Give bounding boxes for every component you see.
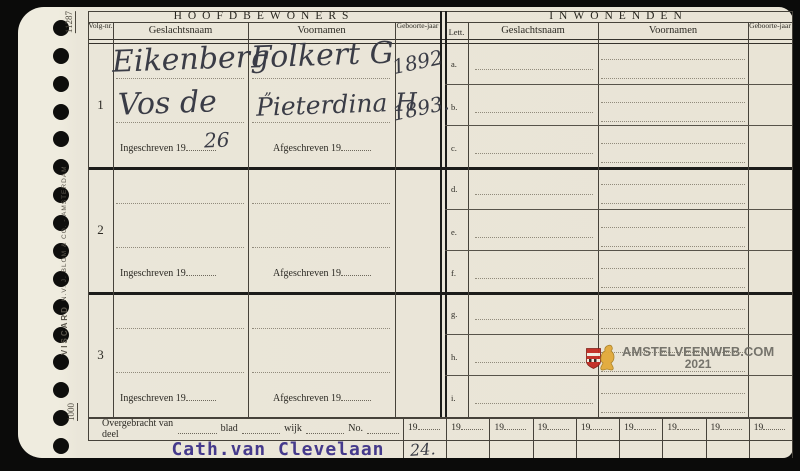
writing-line (601, 227, 745, 228)
section-title-hoofdbewoners: HOOFDBEWONERS (88, 10, 440, 22)
inwonenden-row-b: b. (445, 84, 792, 127)
street-name-stamp: Cath.van Clevelaan (156, 439, 400, 460)
writing-line (475, 278, 593, 279)
writing-line (601, 287, 745, 288)
handwritten-surname-1: Eikenberg (111, 39, 269, 79)
punch-hole (53, 104, 69, 120)
dotted-blank (461, 422, 483, 430)
table-right-border (792, 11, 793, 458)
writing-line (116, 247, 244, 248)
writing-line (252, 122, 390, 123)
year-cell: 19 (403, 417, 446, 440)
inwonenden-row-c: c. (445, 125, 792, 168)
blad-label: blad (221, 423, 238, 434)
letter-label: i. (451, 393, 456, 403)
punch-hole (53, 48, 69, 64)
writing-line (601, 393, 745, 394)
writing-line (475, 153, 593, 154)
no-label: No. (348, 423, 363, 434)
writing-line (601, 59, 745, 60)
letter-label: b. (451, 102, 457, 112)
registration-card: 11287 VISCARD N.V. J. BLOM & CO. - AMSTE… (18, 7, 793, 458)
col-header-geboortejaar-2: Geboorte-jaar (748, 22, 792, 30)
printer-address: N.V. J. BLOM & CO. - AMSTERDAM (61, 165, 68, 301)
letter-label: c. (451, 143, 457, 153)
handwritten-house-number: 24. (409, 439, 436, 460)
dotted-blank (186, 391, 216, 401)
punch-hole (53, 354, 69, 370)
col-header-geslachtsnaam-2: Geslachtsnaam (468, 25, 598, 36)
writing-line (601, 246, 745, 247)
punch-hole (53, 382, 69, 398)
year-cell: 19 (446, 417, 489, 440)
year-cell: 19 (619, 417, 662, 440)
dotted-blank (720, 422, 742, 430)
inwonenden-row-g: g. (445, 292, 792, 334)
year-cell: 19 (706, 417, 749, 440)
punch-hole (53, 76, 69, 92)
writing-line (116, 203, 244, 204)
dotted-blank (306, 424, 344, 434)
dotted-blank (418, 422, 440, 430)
handwritten-surname-2: Vos de (117, 84, 217, 122)
writing-line (601, 203, 745, 204)
writing-line (252, 247, 390, 248)
writing-line (252, 372, 390, 373)
writing-line (475, 237, 593, 238)
col-header-lett: Lett. (445, 27, 468, 37)
lion-icon (598, 344, 618, 372)
watermark: AMSTELVEENWEB.COM 2021 (586, 344, 774, 372)
writing-line (475, 403, 593, 404)
street-row-cell (533, 440, 576, 458)
dotted-blank (341, 391, 371, 401)
letter-label: d. (451, 184, 457, 194)
writing-line (475, 194, 593, 195)
writing-line (116, 328, 244, 329)
dotted-blank (341, 266, 371, 276)
street-row-cell (619, 440, 662, 458)
ingeschreven-label: Ingeschreven 19 (120, 391, 216, 404)
writing-line (475, 319, 593, 320)
afgeschreven-label: Afgeschreven 19 (273, 141, 371, 154)
dotted-blank (504, 422, 526, 430)
section-title-inwonenden: INWONENDEN (445, 10, 792, 22)
punch-hole (53, 131, 69, 147)
printer-imprint: VISCARD N.V. J. BLOM & CO. - AMSTERDAM (56, 165, 74, 355)
watermark-year: 2021 (622, 358, 774, 371)
writing-line (601, 121, 745, 122)
writing-line (601, 268, 745, 269)
inwonenden-row-i: i. (445, 375, 792, 418)
col-header-geboortejaar: Geboorte-jaar (395, 22, 440, 30)
dotted-blank (590, 422, 612, 430)
inwonenden-row-f: f. (445, 250, 792, 293)
title-underline-right (445, 22, 792, 23)
handwritten-birthyear-1: 1892 (390, 45, 445, 79)
col-header-volgnr: Volg-nr. (88, 22, 113, 30)
year-cell: 19 (576, 417, 619, 440)
dotted-blank (186, 266, 216, 276)
year-cell: 19 (749, 417, 792, 440)
dotted-blank (242, 424, 280, 434)
writing-line (601, 412, 745, 413)
writing-line (475, 69, 593, 70)
dotted-blank (677, 422, 699, 430)
dotted-blank (178, 424, 216, 434)
street-row-cell (706, 440, 749, 458)
punch-hole (53, 438, 69, 454)
card-serial-number: 11287 (64, 11, 76, 33)
ingeschreven-label: Ingeschreven 19 (120, 141, 216, 154)
row-number: 1 (88, 42, 113, 167)
writing-line (252, 203, 390, 204)
overgebracht-label: Overgebracht van deel (102, 418, 174, 440)
col-header-geslachtsnaam: Geslachtsnaam (113, 25, 248, 36)
dotted-blank (367, 424, 399, 434)
writing-line (116, 372, 244, 373)
handwritten-ingeschreven-year: 26 (204, 128, 230, 153)
writing-line (475, 362, 593, 363)
row-number: 3 (88, 292, 113, 417)
print-run-number: 1000 (66, 403, 78, 421)
letter-label: h. (451, 352, 457, 362)
letter-label: f. (451, 268, 456, 278)
hoofdbewoners-row-2: 2 Ingeschreven 19 Afgeschreven 19 (88, 167, 440, 292)
col-header-voornamen-2: Voornamen (598, 25, 748, 36)
writing-line (601, 162, 745, 163)
hoofdbewoners-row-3: 3 Ingeschreven 19 Afgeschreven 19 (88, 292, 440, 417)
letter-label: e. (451, 227, 457, 237)
street-row-cell (662, 440, 705, 458)
wijk-label: wijk (284, 423, 302, 434)
col-header-voornamen: Voornamen (248, 25, 395, 36)
street-row-cell (446, 440, 489, 458)
writing-line (116, 122, 244, 123)
writing-line (601, 328, 745, 329)
writing-line (475, 112, 593, 113)
inwonenden-row-e: e. (445, 209, 792, 252)
writing-line (601, 184, 745, 185)
dotted-blank (547, 422, 569, 430)
writing-line (252, 328, 390, 329)
street-row-cell (749, 440, 792, 458)
dotted-blank (634, 422, 656, 430)
writing-line (601, 143, 745, 144)
writing-line (252, 78, 390, 79)
afgeschreven-label: Afgeschreven 19 (273, 266, 371, 279)
year-cell: 19 (489, 417, 532, 440)
letter-label: a. (451, 59, 457, 69)
year-cell: 19 (662, 417, 705, 440)
dotted-blank (341, 141, 371, 151)
afgeschreven-label: Afgeschreven 19 (273, 391, 371, 404)
street-row-cell (576, 440, 619, 458)
inwonenden-row-a: a. (445, 42, 792, 84)
overgebracht-row: Overgebracht van deel blad wijk No. (88, 417, 403, 440)
inwonenden-row-d: d. (445, 167, 792, 209)
dotted-blank (763, 422, 785, 430)
row-number: 2 (88, 167, 113, 292)
handwritten-firstname-1: Folkert G (250, 36, 394, 76)
ingeschreven-label: Ingeschreven 19 (120, 266, 216, 279)
printer-brand: VISCARD (60, 305, 69, 355)
writing-line (601, 78, 745, 79)
hoofdbewoners-row-1: 1 Eikenberg Folkert G 1892 Vos de „ Piet… (88, 42, 440, 167)
street-row-cell (489, 440, 532, 458)
section-divider-line (440, 11, 442, 417)
letter-label: g. (451, 309, 457, 319)
year-cell: 19 (533, 417, 576, 440)
writing-line (601, 102, 745, 103)
title-underline-left (88, 22, 440, 23)
writing-line (601, 309, 745, 310)
